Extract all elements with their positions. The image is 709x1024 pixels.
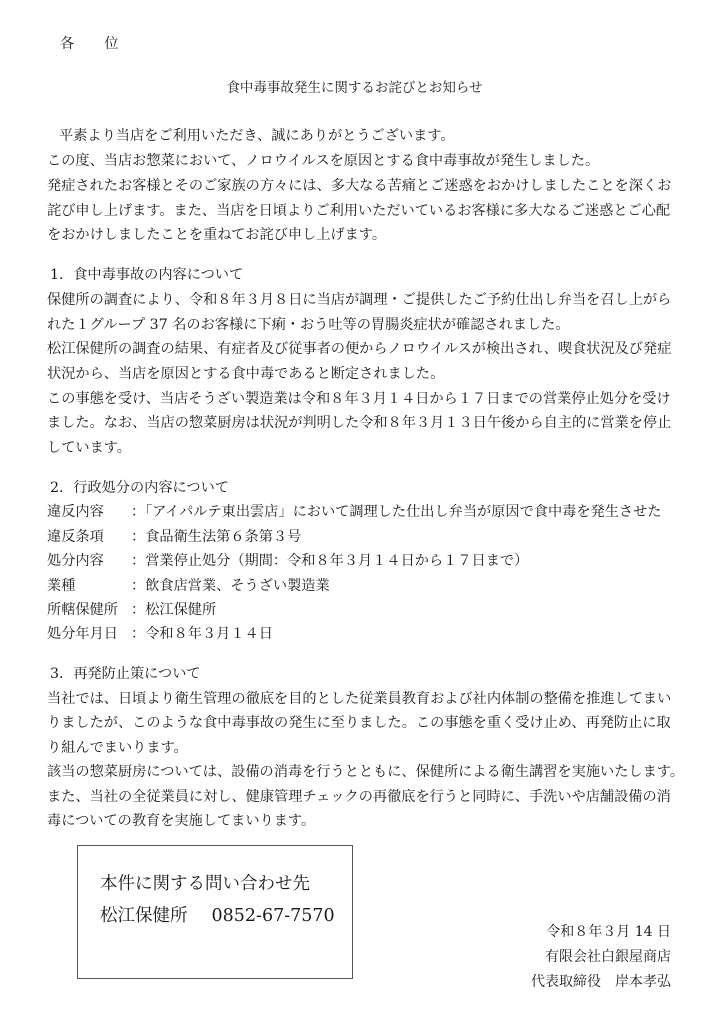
disposition-key: 違反内容 <box>47 502 131 522</box>
section-3-line: 当社では、日頃より衛生管理の徹底を目的とした従業員教育および社内体制の整備を推進… <box>47 689 671 709</box>
disposition-key: 処分内容 <box>47 551 131 571</box>
intro-line: をおかけしましたことを重ねてお詫び申し上げます。 <box>47 225 386 245</box>
contact-phone[interactable]: 0852-67-7570 <box>212 906 335 926</box>
section-1-line: 保健所の調査により、令和８年３月８日に当店が調理・ご提供したご予約仕出し弁当を召… <box>47 290 671 310</box>
contact-label: 本件に関する問い合わせ先 <box>100 872 310 896</box>
intro-line: 詫び申し上げます。また、当店を日頃よりご利用いただいているお客様に多大なるご迷惑… <box>47 201 670 221</box>
intro-line: この度、当店お惣菜において、ノロウイルスを原因とする食中毒事故が発生しました。 <box>47 151 599 171</box>
section-3-line: 毒についての教育を実施してまいります。 <box>47 811 315 831</box>
signature-date: 令和８年３月 14 日 <box>546 922 671 942</box>
signature-company: 有限会社白銀屋商店 <box>545 947 671 967</box>
disposition-value: ：令和８年３月１４日 <box>131 624 273 644</box>
section-2-heading: 2．行政処分の内容について <box>50 478 229 498</box>
disposition-key: 所轄保健所 <box>47 600 131 620</box>
section-3-line: りましたが、このような食中毒事故の発生に至りました。この事態を重く受け止め、再発… <box>47 713 671 733</box>
intro-line: 発症されたお客様とそのご家族の方々には、多大なる苦痛とご迷惑をおかけしましたこと… <box>47 176 671 196</box>
contact-info: 松江保健所0852-67-7570 <box>100 904 335 928</box>
disposition-row-business-type: 業種：飲食店営業、そうざい製造業 <box>47 576 330 596</box>
section-1-line: しています。 <box>47 438 131 458</box>
section-1-line: この事態を受け、当店そうざい製造業は令和８年３月１４日から１７日までの営業停止処… <box>47 389 671 409</box>
disposition-value: ：営業停止処分（期間：令和８年３月１４日から１７日まで） <box>131 551 528 571</box>
disposition-row-clause: 違反条項：食品衛生法第６条第３号 <box>47 527 301 547</box>
notice-document: 各 位 食中毒事故発生に関するお詫びとお知らせ 平素より当店をご利用いただき、誠… <box>0 0 709 1024</box>
section-3-line: 該当の惣菜厨房については、設備の消毒を行うとともに、保健所による衛生講習を実施い… <box>47 762 684 782</box>
section-1-line: ました。なお、当店の惣菜厨房は状況が判明した令和８年３月１３日午後から自主的に営… <box>47 413 671 433</box>
section-1-line: 状況から、当店を原因とする食中毒であると断定されました。 <box>47 364 444 384</box>
disposition-row-violation: 違反内容：「アイパルテ東出雲店」において調理した仕出し弁当が原因で食中毒を発生さ… <box>47 502 661 522</box>
section-3-line: り組んでまいります。 <box>47 738 188 758</box>
disposition-value: ：食品衛生法第６条第３号 <box>131 527 301 547</box>
disposition-value: ：飲食店営業、そうざい製造業 <box>131 576 330 596</box>
section-1-heading: 1．食中毒事故の内容について <box>50 265 243 285</box>
contact-name: 松江保健所 <box>100 906 188 926</box>
contact-box: 本件に関する問い合わせ先 松江保健所0852-67-7570 <box>77 845 353 979</box>
disposition-row-content: 処分内容：営業停止処分（期間：令和８年３月１４日から１７日まで） <box>47 551 528 571</box>
disposition-value: ：「アイパルテ東出雲店」において調理した仕出し弁当が原因で食中毒を発生させた <box>131 502 661 522</box>
signature-representative: 代表取締役 岸本孝弘 <box>531 972 671 992</box>
disposition-key: 業種 <box>47 576 131 596</box>
document-title: 食中毒事故発生に関するお詫びとお知らせ <box>0 78 709 98</box>
section-3-heading: 3．再発防止策について <box>50 664 201 684</box>
intro-line: 平素より当店をご利用いただき、誠にありがとうございます。 <box>59 126 455 146</box>
disposition-row-health-center: 所轄保健所：松江保健所 <box>47 600 216 620</box>
disposition-key: 処分年月日 <box>47 624 131 644</box>
disposition-value: ：松江保健所 <box>131 600 216 620</box>
disposition-row-date: 処分年月日：令和８年３月１４日 <box>47 624 273 644</box>
addressee: 各 位 <box>60 34 127 54</box>
section-3-line: また、当社の全従業員に対し、健康管理チェックの再徹底を行うと同時に、手洗いや店舗… <box>47 787 671 807</box>
disposition-key: 違反条項 <box>47 527 131 547</box>
section-1-line: れた１グループ 37 名のお客様に下痢・おう吐等の胃腸炎症状が確認されました。 <box>47 315 570 335</box>
section-1-line: 松江保健所の調査の結果、有症者及び従事者の便からノロウイルスが検出され、喫食状況… <box>47 339 671 359</box>
